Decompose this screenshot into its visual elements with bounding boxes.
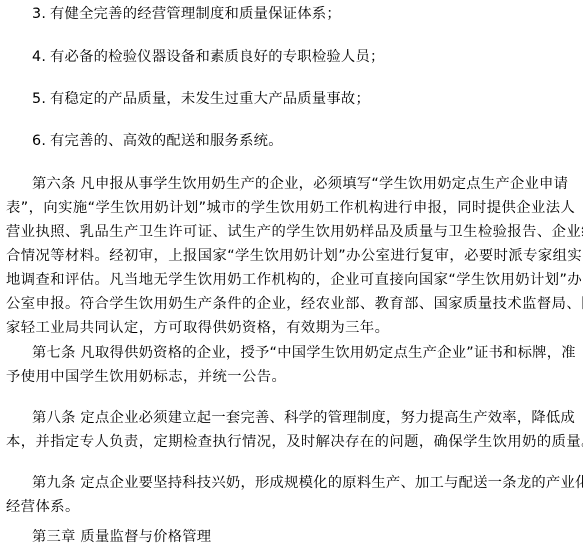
list-text: 有必备的检验仪器设备和素质良好的专职检验人员； [50,49,385,65]
paragraph-line: 予使用中国学生饮用奶标志，并统一公告。 [6,365,578,389]
list-number: 3. [32,2,50,26]
list-item-4: 4.有必备的检验仪器设备和素质良好的专职检验人员； [32,45,385,69]
paragraph-line: 本，并指定专人负责，定期检查执行情况，及时解决存在的问题，确保学生饮用奶的质量。 [6,430,578,454]
paragraph-line: 地调查和评估。凡当地无学生饮用奶工作机构的，企业可直接向国家“学生饮用奶计划”办 [6,268,578,292]
list-text: 有健全完善的经营管理制度和质量保证体系； [50,6,341,22]
list-text: 有稳定的产品质量，未发生过重大产品质量事故； [50,91,370,107]
paragraph-line: 家轻工业局共同认定，方可取得供奶资格，有效期为三年。 [6,316,578,340]
paragraph-line: 第八条 定点企业必须建立起一套完善、科学的管理制度，努力提高生产效率，降低成 [32,406,575,430]
paragraph-line: 第七条 凡取得供奶资格的企业，授予“中国学生饮用奶定点生产企业”证书和标牌，准 [32,341,576,365]
paragraph-line: 公室申报。符合学生饮用奶生产条件的企业，经农业部、教育部、国家质量技术监督局、国 [6,292,578,316]
list-item-5: 5.有稳定的产品质量，未发生过重大产品质量事故； [32,87,370,111]
list-text: 有完善的、高效的配送和服务系统。 [50,133,283,149]
paragraph-line: 合情况等材料。经初审，上报国家“学生饮用奶计划”办公室进行复审，必要时派专家组实 [6,244,578,268]
paragraph-line: 经营体系。 [6,495,578,519]
list-number: 4. [32,45,50,69]
paragraph-line: 营业执照、乳品生产卫生许可证、试生产的学生饮用奶样品及质量与卫生检验报告、企业综 [6,220,578,244]
list-number: 5. [32,87,50,111]
paragraph-line: 表”，向实施“学生饮用奶计划”城市的学生饮用奶工作机构进行申报，同时提供企业法人 [6,196,578,220]
list-item-6: 6.有完善的、高效的配送和服务系统。 [32,129,283,153]
paragraph-line: 第六条 凡申报从事学生饮用奶生产的企业，必须填写“学生饮用奶定点生产企业申请 [32,172,568,196]
chapter-heading: 第三章 质量监督与价格管理 [32,525,211,548]
list-number: 6. [32,129,50,153]
list-item-3: 3.有健全完善的经营管理制度和质量保证体系； [32,2,341,26]
paragraph-line: 第九条 定点企业要坚持科技兴奶，形成规模化的原料生产、加工与配送一条龙的产业化 [32,471,583,495]
